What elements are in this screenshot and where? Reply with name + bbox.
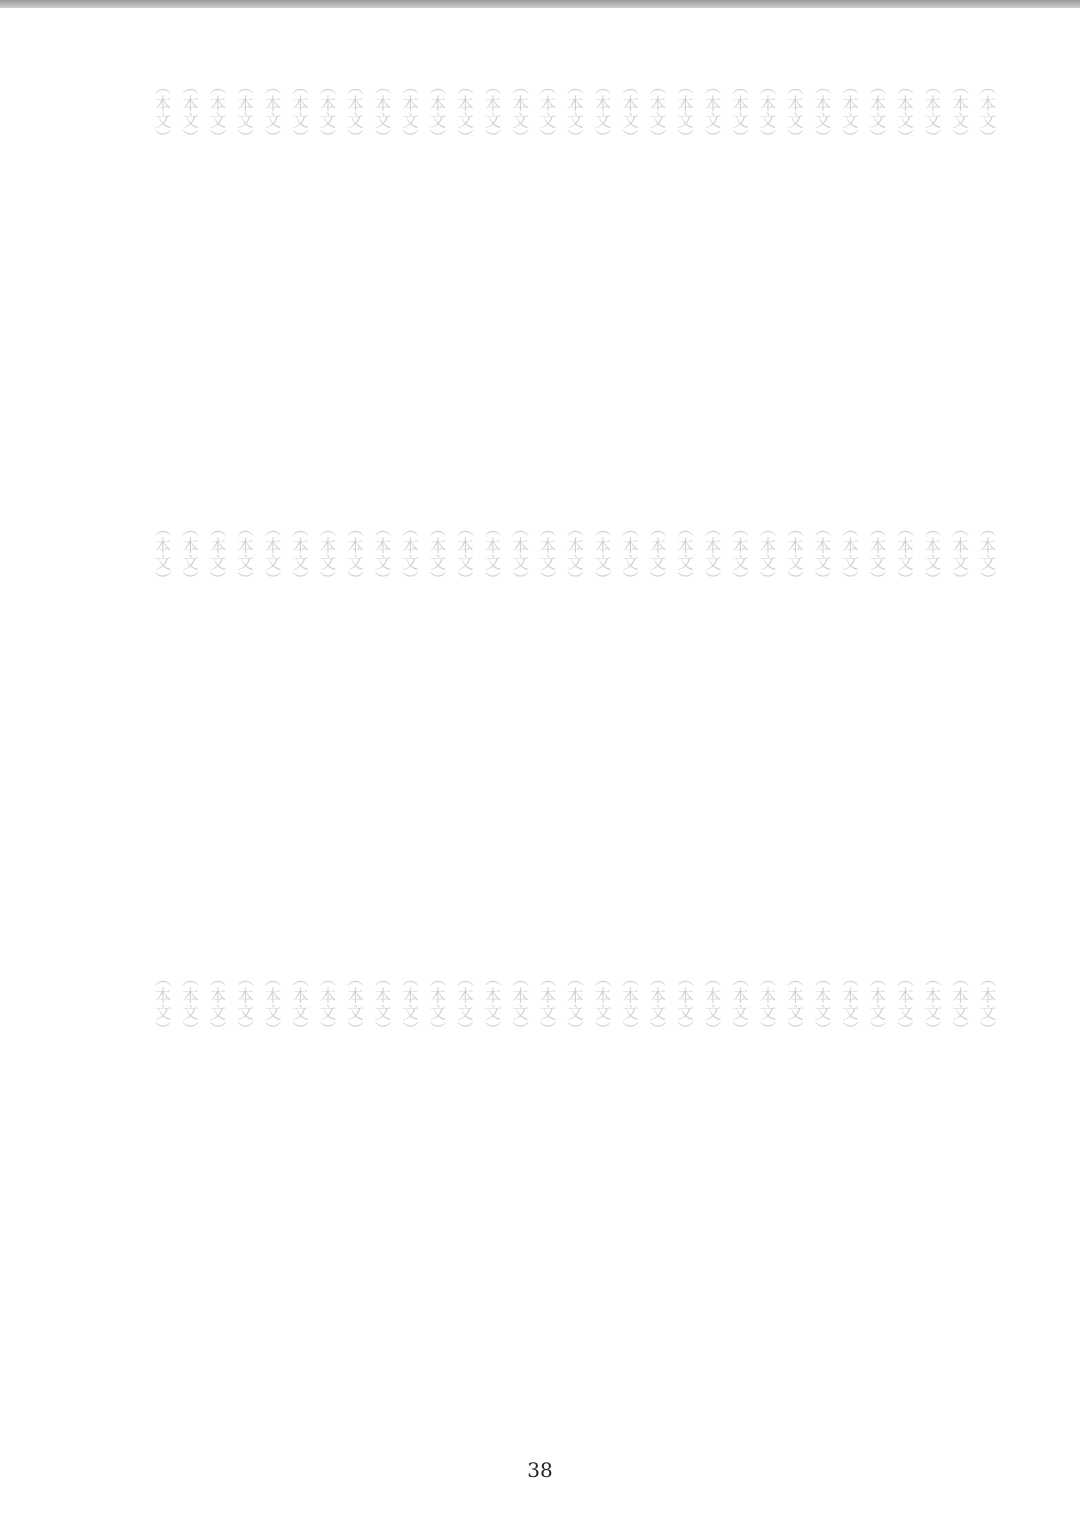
text-column: （本文） [725,520,753,820]
text-column: （本文） [973,78,1001,378]
text-column: （本文） [945,520,973,820]
text-column: （本文） [340,970,368,1270]
text-column: （本文） [725,78,753,378]
text-column: （本文） [670,78,698,378]
text-column: （本文） [423,78,451,378]
text-column: （本文） [148,520,176,820]
text-column: （本文） [973,520,1001,820]
text-column: （本文） [368,970,396,1270]
text-column: （本文） [918,78,946,378]
text-column: （本文） [478,78,506,378]
text-column: （本文） [175,970,203,1270]
text-column: （本文） [863,970,891,1270]
text-column: （本文） [285,78,313,378]
text-column: （本文） [505,78,533,378]
page-number: 38 [0,1458,1080,1482]
text-column: （本文） [973,970,1001,1270]
text-column: （本文） [340,78,368,378]
text-column: （本文） [835,970,863,1270]
text-column: （本文） [780,78,808,378]
text-column: （本文） [258,970,286,1270]
text-column: （本文） [643,520,671,820]
text-column: （本文） [560,78,588,378]
text-column: （本文） [230,520,258,820]
text-column: （本文） [203,970,231,1270]
text-column: （本文） [588,78,616,378]
text-column: （本文） [340,520,368,820]
text-tier-1: （本文）（本文）（本文）（本文）（本文）（本文）（本文）（本文）（本文）（本文）… [140,78,1000,378]
text-column: （本文） [285,970,313,1270]
text-column: （本文） [918,520,946,820]
text-column: （本文） [615,970,643,1270]
text-column: （本文） [890,78,918,378]
text-column: （本文） [945,78,973,378]
text-column: （本文） [643,78,671,378]
text-column: （本文） [505,520,533,820]
text-column: （本文） [615,78,643,378]
text-column: （本文） [423,970,451,1270]
text-column: （本文） [670,970,698,1270]
text-column: （本文） [808,78,836,378]
text-column: （本文） [148,78,176,378]
text-column: （本文） [505,970,533,1270]
text-column: （本文） [615,520,643,820]
text-column: （本文） [890,970,918,1270]
text-column: （本文） [698,970,726,1270]
text-column: （本文） [588,520,616,820]
text-column: （本文） [450,970,478,1270]
text-column: （本文） [698,520,726,820]
text-column: （本文） [863,78,891,378]
text-column: （本文） [835,78,863,378]
text-column: （本文） [863,520,891,820]
text-column: （本文） [890,520,918,820]
text-column: （本文） [478,970,506,1270]
text-column: （本文） [258,78,286,378]
text-column: （本文） [478,520,506,820]
text-column: （本文） [808,970,836,1270]
text-column: （本文） [918,970,946,1270]
text-column: （本文） [753,78,781,378]
text-column: （本文） [450,520,478,820]
text-column: （本文） [698,78,726,378]
text-column: （本文） [533,78,561,378]
text-column: （本文） [780,520,808,820]
text-column: （本文） [588,970,616,1270]
text-column: （本文） [945,970,973,1270]
text-column: （本文） [313,970,341,1270]
text-column: （本文） [203,78,231,378]
text-column: （本文） [835,520,863,820]
text-column: （本文） [313,520,341,820]
text-column: （本文） [780,970,808,1270]
scan-edge-band [0,0,1080,8]
text-column: （本文） [175,78,203,378]
text-column: （本文） [560,520,588,820]
text-column: （本文） [533,520,561,820]
text-column: （本文） [395,520,423,820]
text-tier-3: （本文）（本文）（本文）（本文）（本文）（本文）（本文）（本文）（本文）（本文）… [140,970,1000,1270]
text-column: （本文） [258,520,286,820]
text-column: （本文） [670,520,698,820]
text-tier-2: （本文）（本文）（本文）（本文）（本文）（本文）（本文）（本文）（本文）（本文）… [140,520,1000,820]
text-column: （本文） [313,78,341,378]
text-column: （本文） [753,520,781,820]
text-column: （本文） [395,970,423,1270]
text-column: （本文） [230,970,258,1270]
text-column: （本文） [533,970,561,1270]
text-column: （本文） [148,970,176,1270]
text-column: （本文） [560,970,588,1270]
text-column: （本文） [395,78,423,378]
text-column: （本文） [423,520,451,820]
text-column: （本文） [230,78,258,378]
text-column: （本文） [368,78,396,378]
text-column: （本文） [725,970,753,1270]
text-column: （本文） [368,520,396,820]
text-column: （本文） [808,520,836,820]
text-column: （本文） [175,520,203,820]
text-column: （本文） [450,78,478,378]
text-column: （本文） [643,970,671,1270]
text-column: （本文） [203,520,231,820]
text-column: （本文） [285,520,313,820]
text-column: （本文） [753,970,781,1270]
